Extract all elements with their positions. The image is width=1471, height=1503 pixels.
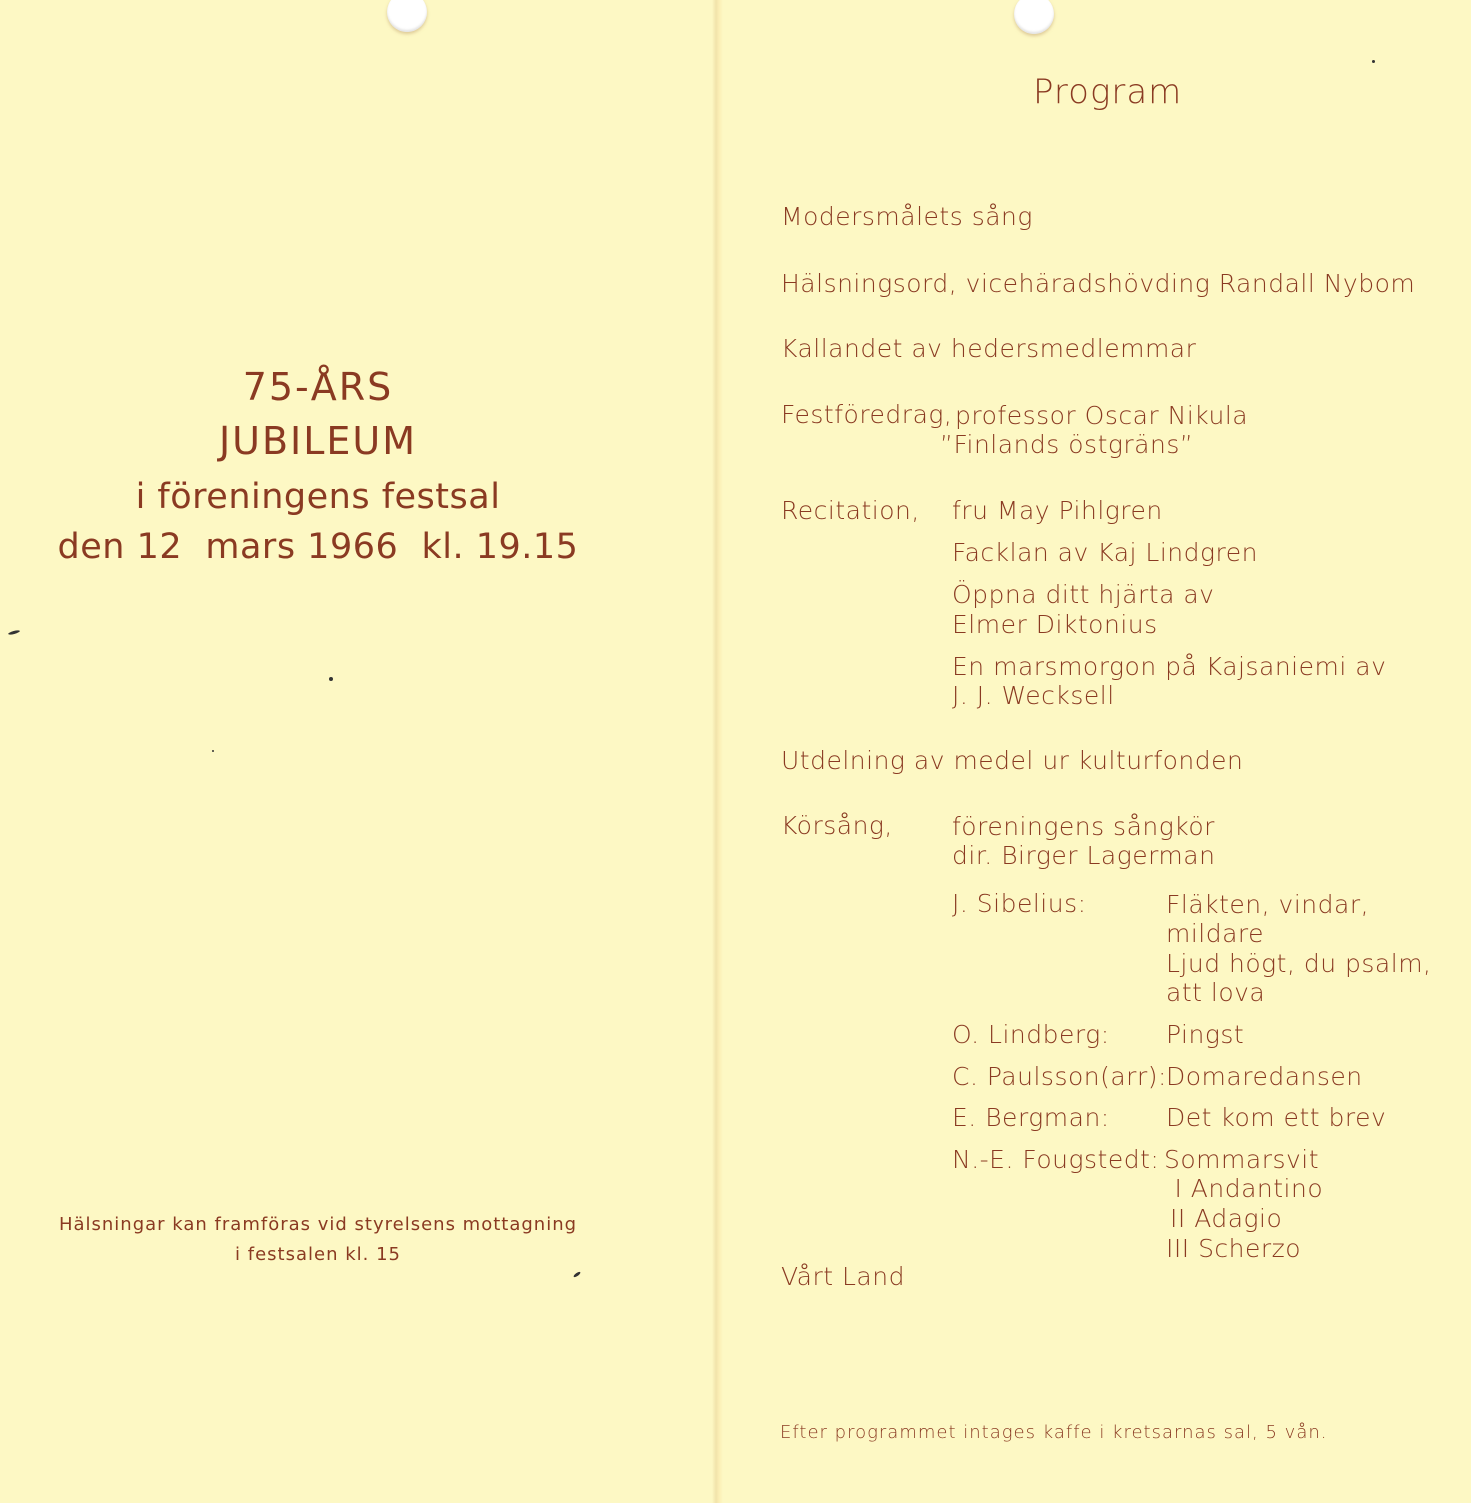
paper-speck bbox=[212, 750, 214, 752]
work-title: II Adagio bbox=[1170, 1204, 1282, 1234]
program-item-label: Körsång, bbox=[781, 811, 893, 841]
cover-line-jubilee: JUBILEUM bbox=[0, 414, 636, 468]
paper-background bbox=[0, 0, 1471, 1503]
greeting-line-2: i festsalen kl. 15 bbox=[0, 1240, 636, 1270]
work-title: att lova bbox=[1166, 978, 1265, 1008]
work-title: III Scherzo bbox=[1166, 1234, 1301, 1264]
work-title: Sommarsvit bbox=[1164, 1145, 1319, 1175]
work-title: I Andantino bbox=[1166, 1174, 1323, 1204]
program-item-detail: En marsmorgon på Kajsaniemi av bbox=[952, 652, 1386, 682]
composer: O. Lindberg: bbox=[952, 1020, 1110, 1050]
composer: E. Bergman: bbox=[952, 1103, 1110, 1133]
composer: C. Paulsson(arr): bbox=[952, 1062, 1167, 1092]
work-title: Ljud högt, du psalm, bbox=[1166, 949, 1432, 979]
program-item-detail: ”Finlands östgräns” bbox=[940, 430, 1193, 460]
program-item-detail: Öppna ditt hjärta av bbox=[952, 580, 1214, 610]
cover-line-date: den 12 mars 1966 kl. 19.15 bbox=[0, 522, 636, 572]
program-item-label: Modersmålets sång bbox=[781, 202, 1033, 232]
greeting-line-1: Hälsningar kan framföras vid styrelsens … bbox=[0, 1210, 636, 1240]
program-item-label: Utdelning av medel ur kulturfonden bbox=[781, 746, 1243, 776]
work-title: Pingst bbox=[1166, 1020, 1244, 1050]
program-title: Program bbox=[1033, 72, 1182, 112]
paper-speck bbox=[1372, 60, 1375, 63]
cover-line-anniversary: 75-ÅRS bbox=[0, 360, 636, 414]
work-title: Fläkten, vindar, bbox=[1166, 890, 1369, 920]
program-item-detail: dir. Birger Lagerman bbox=[952, 841, 1215, 871]
program-item-detail: föreningens sångkör bbox=[952, 812, 1215, 842]
work-title: Domaredansen bbox=[1166, 1062, 1363, 1092]
program-item-detail: J. J. Wecksell bbox=[952, 681, 1115, 711]
cover-title-block: 75-ÅRS JUBILEUM i föreningens festsal de… bbox=[0, 360, 636, 572]
program-item-label: Vårt Land bbox=[781, 1262, 905, 1292]
cover-line-venue: i föreningens festsal bbox=[0, 472, 636, 522]
program-item-detail: Facklan av Kaj Lindgren bbox=[952, 538, 1258, 568]
paper-speck bbox=[329, 677, 333, 681]
program-item-label: Festföredrag, bbox=[781, 400, 952, 430]
program-item-label: Hälsningsord, vicehäradshövding Randall … bbox=[781, 269, 1415, 299]
work-title: Det kom ett brev bbox=[1166, 1103, 1386, 1133]
program-item-detail: professor Oscar Nikula bbox=[955, 401, 1248, 431]
program-footer-note: Efter programmet intages kaffe i kretsar… bbox=[780, 1422, 1327, 1443]
composer: J. Sibelius: bbox=[952, 889, 1087, 919]
program-item-label: Kallandet av hedersmedlemmar bbox=[781, 334, 1196, 364]
work-title: mildare bbox=[1166, 919, 1264, 949]
program-item-detail: fru May Pihlgren bbox=[952, 496, 1163, 526]
greeting-note: Hälsningar kan framföras vid styrelsens … bbox=[0, 1210, 636, 1270]
program-item-label: Recitation, bbox=[781, 496, 920, 526]
composer: N.-E. Fougstedt: bbox=[952, 1145, 1159, 1175]
program-item-detail: Elmer Diktonius bbox=[952, 610, 1158, 640]
